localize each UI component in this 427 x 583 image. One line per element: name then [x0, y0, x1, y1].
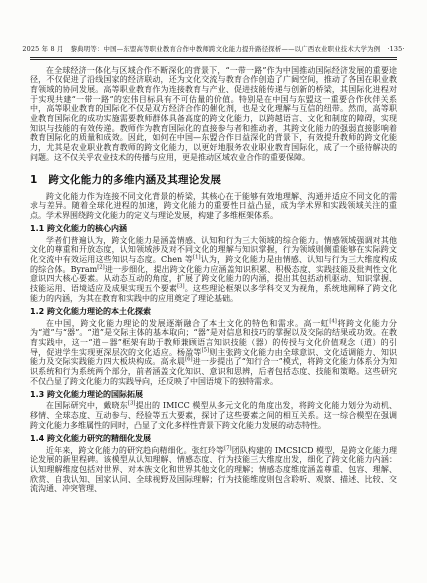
- subsection-1-3-body: 在国际研究中，戴晓东[3]提出的 IMICC 模型从多元文化的角度出发，将跨文化…: [30, 401, 397, 430]
- subsection-1-4-heading: 1.4 跨文化能力研究的精细化发展: [30, 433, 397, 444]
- subsection-1-1-heading: 1.1 跨文化能力的核心内涵: [30, 223, 397, 234]
- subsection-1-2-heading: 1.2 跨文化能力理论的本土化探索: [30, 306, 397, 317]
- subsection-1-1-body: 学者们普遍认为，跨文化能力是涵盖情感、认知和行为三大领域的综合能力。情感领域强调…: [30, 236, 397, 304]
- header-rule: [30, 57, 397, 60]
- header-date: 2025 年 8 月: [22, 44, 63, 53]
- header-page-number: ·135·: [387, 45, 404, 53]
- intro-paragraph: 在全球经济一体化与区域合作不断深化的背景下，“一带一路”作为中国推动国际经济发展…: [30, 66, 397, 163]
- subsection-1-4-body: 近年来，跨文化能力的研究趋向精细化。张红玲等[7]团队构建的 IMCSICD 模…: [30, 446, 397, 495]
- subsection-1-2-body: 在中国，跨文化能力理论的发展逐渐融合了本土文化的特色和需求。高一虹[4]将跨文化…: [30, 319, 397, 387]
- section-1-heading: 1 跨文化能力的多维内涵及其理论发展: [30, 172, 397, 187]
- header-article-title: 黎典明等：中国—东盟高等职业教育合作中教师跨文化能力提升路径探析——以广西农业职…: [71, 44, 381, 53]
- section-1-lead-paragraph: 跨文化能力作为连接不同文化背景的桥梁，其核心在于能够有效地理解、沟通并适应不同文…: [30, 192, 397, 221]
- paper-page: 2025 年 8 月 黎典明等：中国—东盟高等职业教育合作中教师跨文化能力提升路…: [0, 0, 427, 583]
- running-header: 2025 年 8 月 黎典明等：中国—东盟高等职业教育合作中教师跨文化能力提升路…: [30, 44, 397, 53]
- subsection-1-3-heading: 1.3 跨文化能力理论的国际拓展: [30, 389, 397, 400]
